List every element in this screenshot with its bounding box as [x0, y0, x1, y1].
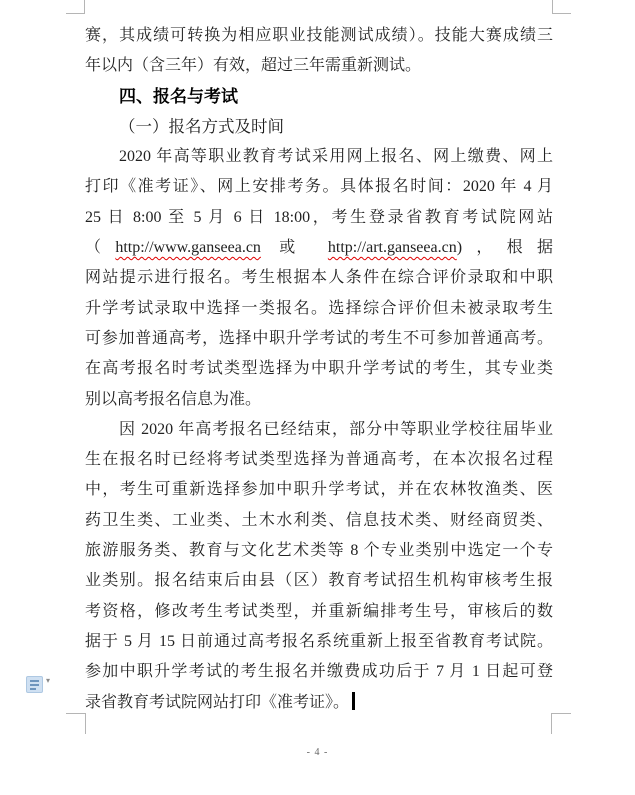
text-line: 2020 年高等职业教育考试采用网上报名、网上缴费、网上: [85, 142, 553, 172]
page-number-footer: - 4 -: [0, 747, 635, 758]
text-cursor: [352, 692, 355, 710]
text-line: （http://www.ganseea.cn 或 http://art.gans…: [85, 233, 553, 263]
text-line: 升学考试录取中选择一类报名。选择综合评价但未被录取考生: [85, 294, 553, 324]
spellcheck-underlined-url: http://www.ganseea.cn: [115, 239, 261, 256]
text-line: 赛，其成绩可转换为相应职业技能测试成绩）。技能大赛成绩三: [85, 21, 553, 51]
text-line: 网站提示进行报名。考生根据本人条件在综合评价录取和中职: [85, 263, 553, 293]
document-edit-area[interactable]: 赛，其成绩可转换为相应职业技能测试成绩）。技能大赛成绩三年以内（含三年）有效，超…: [85, 21, 553, 718]
text-line: 25 日 8:00 至 5 月 6 日 18:00，考生登录省教育考试院网站: [85, 203, 553, 233]
text-line: 药卫生类、工业类、土木水利类、信息技术类、财经商贸类、: [85, 506, 553, 536]
text-segment: )，根据: [457, 239, 553, 256]
text-line: 别以高考报名信息为准。: [85, 385, 553, 415]
text-line: 中，考生可重新选择参加中职升学考试，并在农林牧渔类、医: [85, 475, 553, 505]
section-heading: 四、报名与考试: [85, 82, 553, 112]
smart-tag-button[interactable]: ▾: [26, 676, 60, 696]
text-line: 生在报名时已经将考试类型选择为普通高考，在本次报名过程: [85, 445, 553, 475]
text-line: 业类别。报名结束后由县（区）教育考试招生机构审核考生报: [85, 566, 553, 596]
text-line: 录省教育考试院网站打印《准考证》。: [85, 688, 553, 718]
text-line: 参加中职升学考试的考生报名并缴费成功后于 7 月 1 日起可登: [85, 657, 553, 687]
text-line: 年以内（含三年）有效，超过三年需重新测试。: [85, 51, 553, 81]
text-segment: （: [85, 239, 115, 256]
text-line: 考资格，修改考生考试类型，并重新编排考生号，审核后的数: [85, 597, 553, 627]
text-line: 在高考报名时考试类型选择为中职升学考试的考生，其专业类: [85, 354, 553, 384]
margin-crop-mark-top-left: [66, 0, 85, 14]
document-lines-icon: [26, 676, 43, 693]
margin-crop-mark-top-right: [552, 0, 571, 14]
text-line: 可参加普通高考，选择中职升学考试的考生不可参加普通高考。: [85, 324, 553, 354]
text-line: 旅游服务类、教育与文化艺术类等 8 个专业类别中选定一个专: [85, 536, 553, 566]
document-page: 赛，其成绩可转换为相应职业技能测试成绩）。技能大赛成绩三年以内（含三年）有效，超…: [0, 0, 635, 795]
text-line: 因 2020 年高考报名已经结束，部分中等职业学校往届毕业: [85, 415, 553, 445]
text-line: 打印《准考证》、网上安排考务。具体报名时间：2020 年 4 月: [85, 172, 553, 202]
text-segment: 或: [261, 239, 328, 256]
margin-crop-mark-bottom-left: [66, 713, 86, 734]
text-line: 据于 5 月 15 日前通过高考报名系统重新上报至省教育考试院。: [85, 627, 553, 657]
subsection-heading: （一）报名方式及时间: [85, 112, 553, 142]
spellcheck-underlined-url: http://art.ganseea.cn: [328, 239, 457, 256]
margin-crop-mark-bottom-right: [551, 713, 571, 734]
chevron-down-icon: ▾: [46, 676, 50, 686]
